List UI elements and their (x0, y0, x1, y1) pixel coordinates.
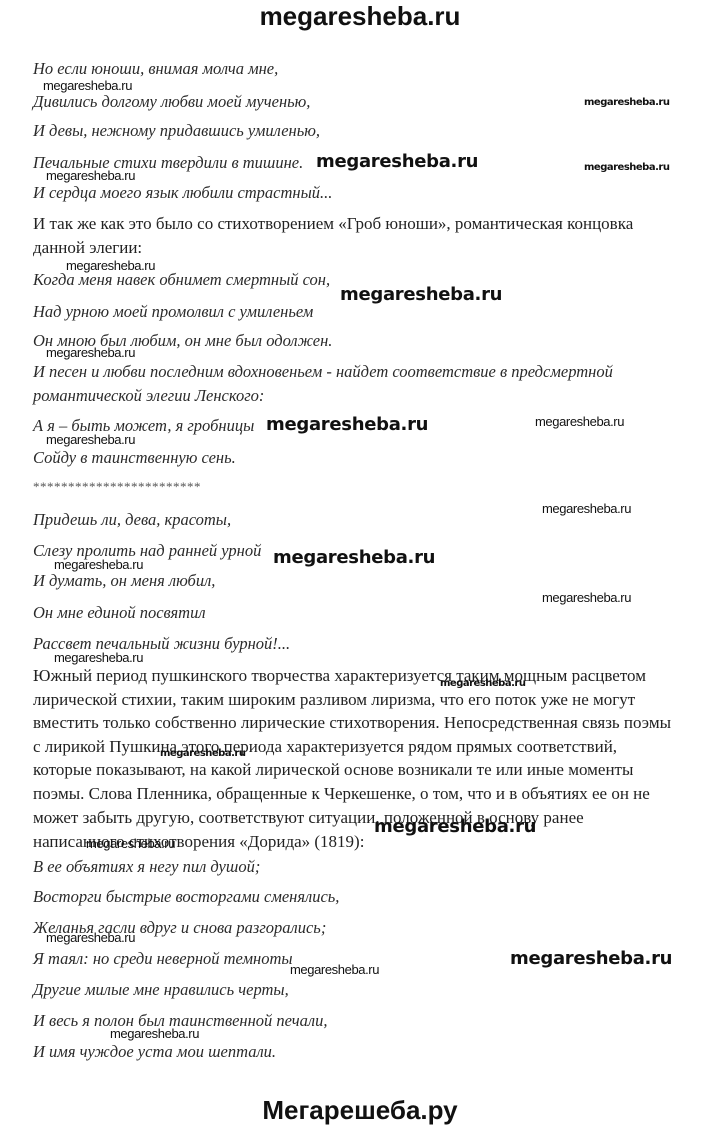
watermark: megaresheba.ru (43, 78, 132, 93)
watermark: megaresheba.ru (46, 930, 135, 945)
verse-line: И сердца моего язык любили страстный... (33, 183, 332, 203)
verse-line: романтической элегии Ленского: (33, 386, 264, 406)
watermark: megaresheba.ru (110, 1026, 199, 1041)
verse-line: И девы, нежному придавшись умиленью, (33, 121, 320, 141)
prose-line: Южный период пушкинского творчества хара… (33, 666, 646, 686)
verse-line: Дивились долгому любви моей мученью, (33, 92, 310, 112)
watermark: megaresheba.ru (46, 168, 135, 183)
section-separator: ************************ (33, 479, 201, 495)
watermark: megaresheba.ru (535, 414, 624, 429)
watermark: megaresheba.ru (160, 748, 245, 759)
watermark: megaresheba.ru (86, 836, 175, 851)
watermark: megaresheba.ru (542, 590, 631, 605)
watermark: megaresheba.ru (290, 962, 379, 977)
verse-line: И думать, он меня любил, (33, 571, 215, 591)
verse-line: Придешь ли, дева, красоты, (33, 510, 231, 530)
watermark: megaresheba.ru (316, 151, 478, 172)
verse-line: Сойду в таинственную сень. (33, 448, 236, 468)
watermark: megaresheba.ru (584, 97, 669, 108)
site-brand-header[interactable]: megaresheba.ru (0, 0, 720, 32)
watermark: megaresheba.ru (340, 284, 502, 305)
verse-line: Я таял: но среди неверной темноты (33, 949, 293, 969)
watermark: megaresheba.ru (54, 557, 143, 572)
verse-line: Когда меня навек обнимет смертный сон, (33, 270, 330, 290)
watermark: megaresheba.ru (584, 162, 669, 173)
verse-line: Над урною моей промолвил с умиленьем (33, 302, 313, 322)
prose-line: с лирикой Пушкина этого периода характер… (33, 737, 617, 757)
verse-line: Но если юноши, внимая молча мне, (33, 59, 278, 79)
watermark: megaresheba.ru (510, 948, 672, 969)
prose-line: данной элегии: (33, 238, 142, 258)
watermark: megaresheba.ru (54, 650, 143, 665)
watermark: megaresheba.ru (46, 345, 135, 360)
watermark: megaresheba.ru (66, 258, 155, 273)
prose-line: лирической стихии, таким широким разливо… (33, 690, 635, 710)
verse-line: Другие милые мне нравились черты, (33, 980, 289, 1000)
verse-line: И имя чуждое уста мои шептали. (33, 1042, 276, 1062)
verse-line: Восторги быстрые восторгами сменялись, (33, 887, 339, 907)
site-brand-footer[interactable]: Мегарешеба.ру (0, 1094, 720, 1126)
watermark: megaresheba.ru (440, 678, 525, 689)
verse-line: В ее объятиях я негу пил душой; (33, 857, 260, 877)
watermark: megaresheba.ru (266, 414, 428, 435)
watermark: megaresheba.ru (273, 547, 435, 568)
prose-line: И так же как это было со стихотворением … (33, 214, 633, 234)
prose-line: вместить только собственно лирические ст… (33, 713, 671, 733)
prose-line: которые показывают, на какой лирической … (33, 760, 633, 780)
watermark: megaresheba.ru (542, 501, 631, 516)
verse-line: И песен и любви последним вдохновеньем -… (33, 362, 613, 382)
prose-line: поэмы. Слова Пленника, обращенные к Черк… (33, 784, 650, 804)
prose-line: написанного стихотворения «Дорида» (1819… (33, 832, 364, 852)
verse-line: Он мне единой посвятил (33, 603, 206, 623)
watermark: megaresheba.ru (46, 432, 135, 447)
watermark: megaresheba.ru (374, 816, 536, 837)
